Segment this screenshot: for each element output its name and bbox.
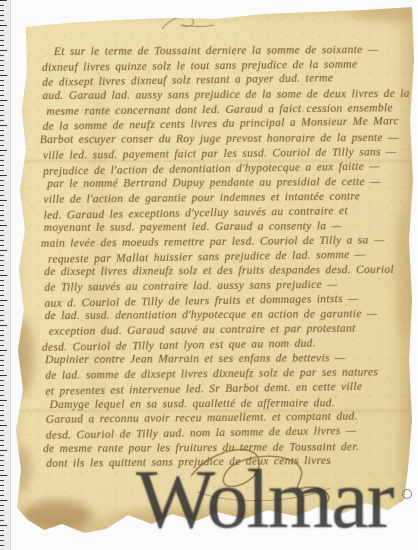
small-ring-mark [402,489,412,499]
paper-stain [10,446,32,492]
manuscript-scan: Et sur le terme de Toussaint derniere la… [0,0,418,550]
ink-paraph-flourish [158,12,218,36]
ruler-minor-ticks [0,0,4,550]
watermark-text: Wolmar [136,458,393,542]
paper-stain [22,500,92,530]
photo-scale-ruler [0,0,11,550]
paper-stain [8,318,34,396]
manuscript-text-block: Et sur le terme de Toussaint derniere la… [42,42,406,472]
